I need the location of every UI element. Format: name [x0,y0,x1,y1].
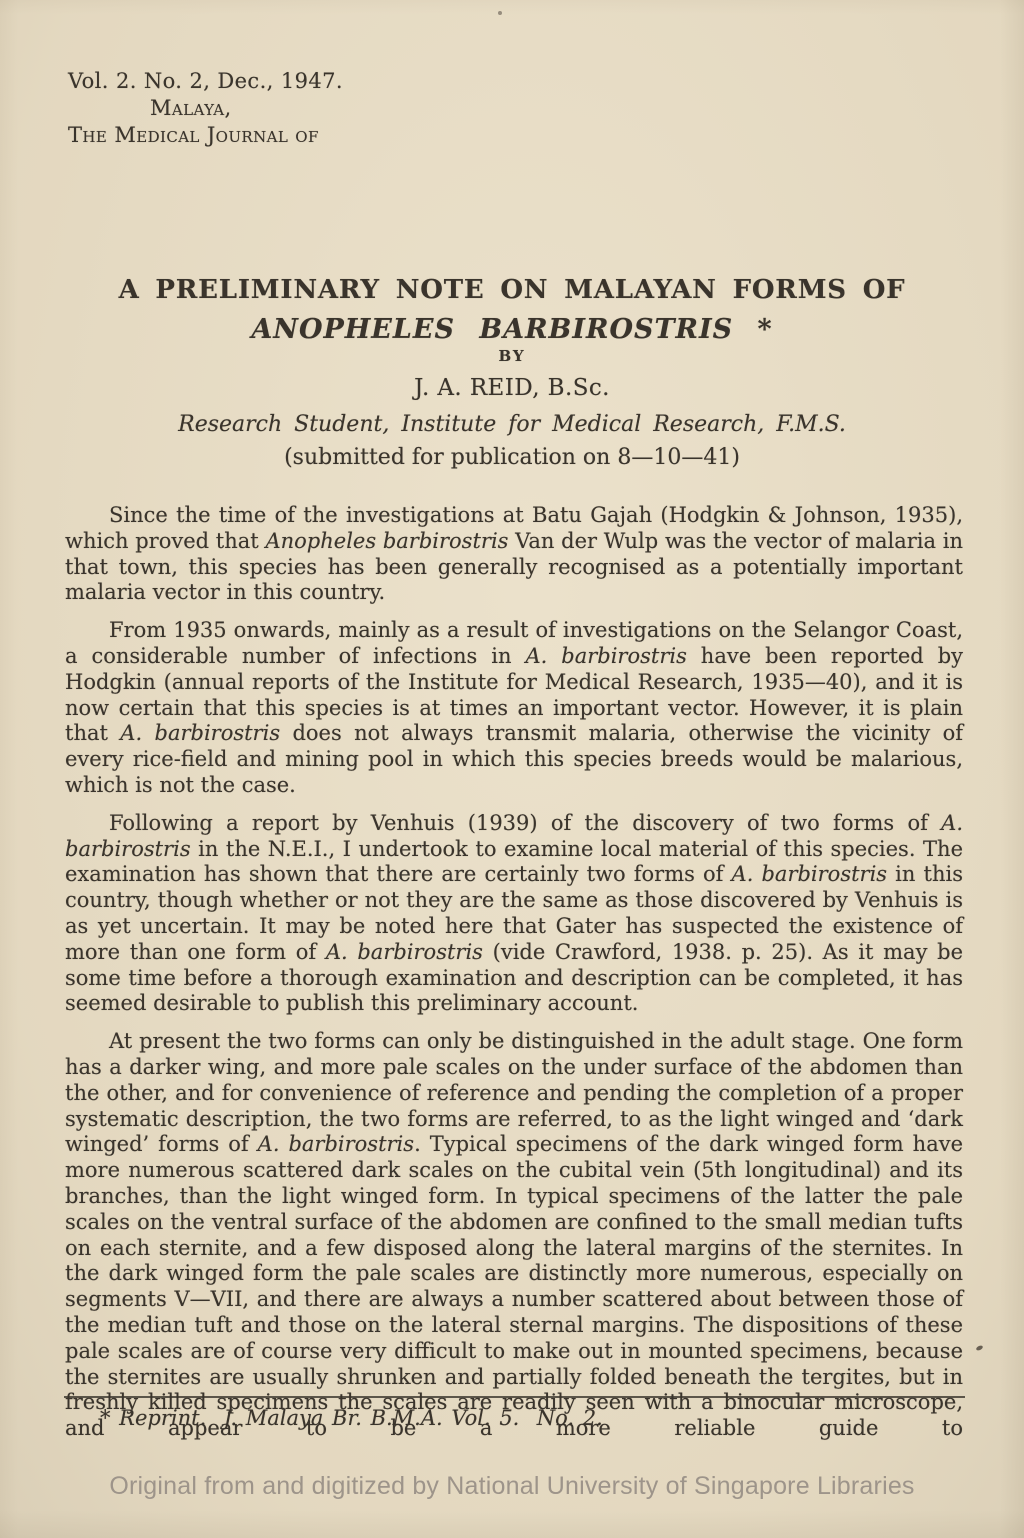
author-name: J. A. REID, B.Sc. [0,375,1024,401]
scan-speck [498,11,502,15]
article-title-species-line: ANOPHELES BARBIROSTRIS * [0,314,1024,345]
submission-note: (submitted for publication on 8—10—41) [0,445,1024,470]
paragraph-3: Following a report by Venhuis (1939) of … [65,811,963,1017]
footnote-divider-rule [64,1396,965,1398]
masthead: Vol. 2. No. 2, Dec., 1947. Malaya, The M… [68,68,343,149]
article-title: A PRELIMINARY NOTE ON MALAYAN FORMS OF A… [0,275,1024,345]
paragraph-1: Since the time of the investigations at … [65,503,963,606]
paragraph-4: At present the two forms can only be dis… [65,1029,963,1442]
paragraph-2: From 1935 onwards, mainly as a result of… [65,618,963,799]
scan-speck [975,1345,983,1352]
author-affiliation: Research Student, Institute for Medical … [0,412,1024,437]
by-label: BY [0,347,1024,365]
reprint-footnote: * Reprint. J. Malaya Br. B.M.A. Vol. 5. … [100,1406,603,1430]
digitization-watermark: Original from and digitized by National … [0,1472,1024,1501]
article-title-line1: A PRELIMINARY NOTE ON MALAYAN FORMS OF [0,275,1024,305]
volume-date-line: Vol. 2. No. 2, Dec., 1947. [68,68,343,95]
scanned-journal-page: Vol. 2. No. 2, Dec., 1947. Malaya, The M… [0,0,1024,1538]
journal-title-part-medical-journal: The Medical Journal of [68,122,343,149]
journal-title-part-malaya: Malaya, [150,95,343,122]
article-body: Since the time of the investigations at … [65,503,963,1442]
